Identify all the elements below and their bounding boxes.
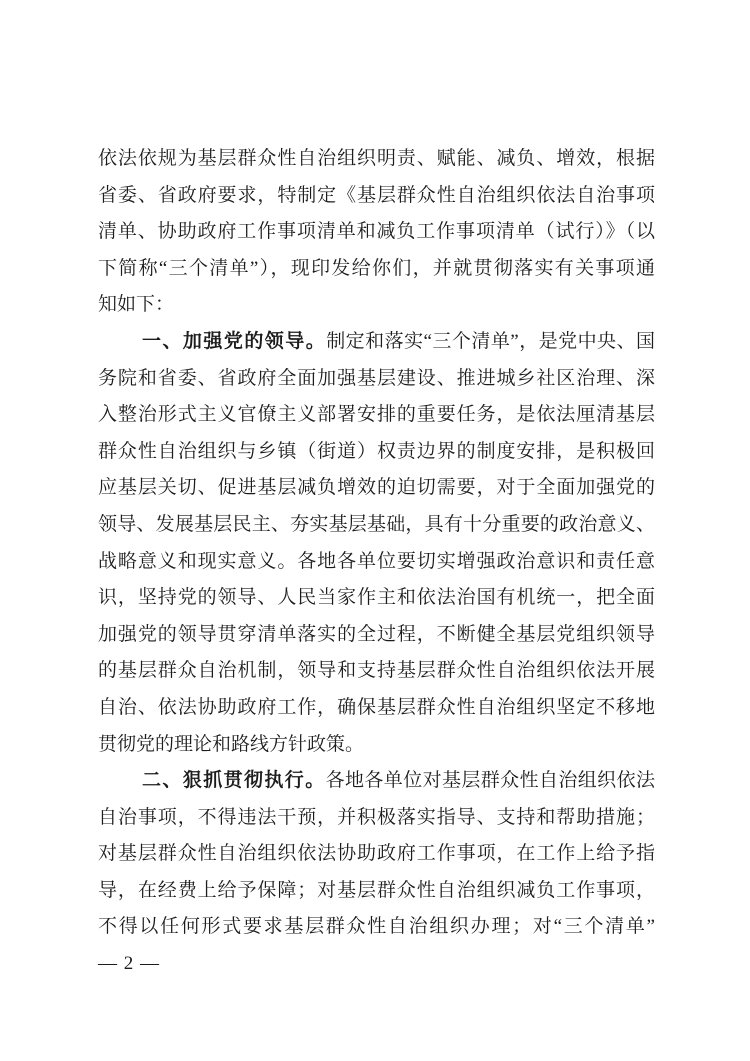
- page-number: — 2 —: [98, 949, 160, 979]
- text-line: 识，坚持党的领导、人民当家作主和依法治国有机统一，把全面: [98, 580, 655, 617]
- text-line: 的基层群众自治机制，领导和支持基层群众性自治组织依法开展: [98, 653, 655, 690]
- text-line: 清单、协助政府工作事项清单和减负工作事项清单（试行）》（以: [98, 214, 655, 251]
- text-line: 知如下：: [98, 287, 655, 324]
- text-line: 群众性自治组织与乡镇（街道）权责边界的制度安排，是积极回: [98, 434, 655, 471]
- paragraph: 一、加强党的领导。制定和落实“三个清单”，是党中央、国务院和省委、省政府全面加强…: [98, 324, 655, 763]
- document-page: 依法依规为基层群众性自治组织明责、赋能、减负、增效，根据省委、省政府要求，特制定…: [0, 0, 750, 1061]
- text-line: 加强党的领导贯穿清单落实的全过程，不断健全基层党组织领导: [98, 617, 655, 654]
- paragraph: 二、狠抓贯彻执行。各地各单位对基层群众性自治组织依法自治事项，不得违法干预，并积…: [98, 763, 655, 946]
- section-heading: 一、加强党的领导。: [142, 331, 326, 352]
- text-line: 务院和省委、省政府全面加强基层建设、推进城乡社区治理、深: [98, 361, 655, 398]
- text-line: 依法依规为基层群众性自治组织明责、赋能、减负、增效，根据: [98, 141, 655, 178]
- text-line: 应基层关切、促进基层减负增效的迫切需要，对于全面加强党的: [98, 470, 655, 507]
- text-line: 二、狠抓贯彻执行。各地各单位对基层群众性自治组织依法: [98, 763, 655, 800]
- section-heading: 二、狠抓贯彻执行。: [142, 770, 326, 791]
- paragraph: 依法依规为基层群众性自治组织明责、赋能、减负、增效，根据省委、省政府要求，特制定…: [98, 141, 655, 324]
- text-line: 入整治形式主义官僚主义部署安排的重要任务，是依法厘清基层: [98, 397, 655, 434]
- text-line: 导，在经费上给予保障；对基层群众性自治组织减负工作事项，: [98, 873, 655, 910]
- text-line: 自治事项，不得违法干预，并积极落实指导、支持和帮助措施；: [98, 800, 655, 837]
- text-line: 下简称“三个清单”），现印发给你们，并就贯彻落实有关事项通: [98, 251, 655, 288]
- body-text: 依法依规为基层群众性自治组织明责、赋能、减负、增效，根据省委、省政府要求，特制定…: [98, 141, 655, 946]
- text-line: 自治、依法协助政府工作，确保基层群众性自治组织坚定不移地: [98, 690, 655, 727]
- text-line: 一、加强党的领导。制定和落实“三个清单”，是党中央、国: [98, 324, 655, 361]
- text-line: 贯彻党的理论和路线方针政策。: [98, 727, 655, 764]
- text-line: 省委、省政府要求，特制定《基层群众性自治组织依法自治事项: [98, 178, 655, 215]
- text-line: 不得以任何形式要求基层群众性自治组织办理；对“三个清单”: [98, 909, 655, 946]
- text-line: 领导、发展基层民主、夯实基层基础，具有十分重要的政治意义、: [98, 507, 655, 544]
- text-line: 对基层群众性自治组织依法协助政府工作事项，在工作上给予指: [98, 836, 655, 873]
- text-line: 战略意义和现实意义。各地各单位要切实增强政治意识和责任意: [98, 544, 655, 581]
